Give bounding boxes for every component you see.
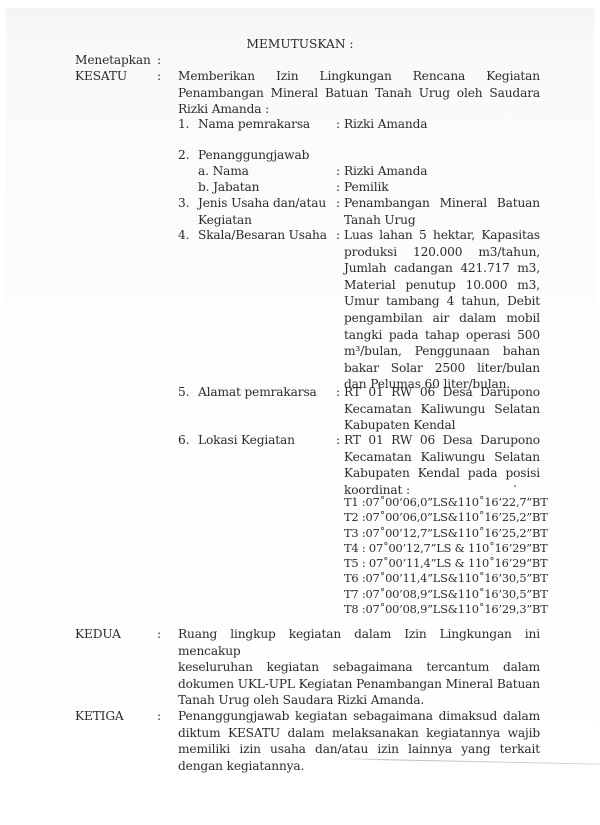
kesatu-colon: : <box>157 68 161 85</box>
item-value-line: m³/bulan, Penggunaan bahan <box>344 343 540 360</box>
item-value-line: RT 01 RW 06 Desa Darupono <box>344 432 540 449</box>
coordinate-point: T1 :07˚00’06,0”LS&110˚16’22,7”BT <box>344 495 548 510</box>
coordinate-point: T2 :07˚00’06,0”LS&110˚16’25,2”BT <box>344 510 548 525</box>
item-value-line: tangki pada tahap operasi 500 <box>344 327 540 344</box>
menetapkan-colon: : <box>157 52 161 69</box>
kedua-line: dokumen UKL-UPL Kegiatan Penambangan Min… <box>178 676 540 693</box>
item-number: 2. <box>178 147 189 164</box>
menetapkan-label: Menetapkan <box>75 52 151 69</box>
item-value-line: Kecamatan Kaliwungu Selatan <box>344 401 540 418</box>
kedua-text: Ruang lingkup kegiatan dalam Izin Lingku… <box>178 626 540 709</box>
item-value-line: Kabupaten Kendal pada posisi <box>344 465 540 482</box>
item-value-line: Tanah Urug <box>344 212 540 229</box>
item-value-line: Penambangan Mineral Batuan <box>344 195 540 212</box>
ketiga-colon: : <box>157 708 161 725</box>
kesatu-label: KESATU <box>75 68 127 85</box>
subitem-value: Rizki Amanda <box>344 163 540 180</box>
item-value: RT 01 RW 06 Desa DaruponoKecamatan Kaliw… <box>344 432 540 498</box>
subitem-value: Pemilik <box>344 179 540 196</box>
ketiga-line: memiliki izin usaha dan/atau izin lainny… <box>178 741 540 758</box>
kedua-line: Tanah Urug oleh Saudara Rizki Amanda. <box>178 692 540 709</box>
item-label: Lokasi Kegiatan <box>198 432 343 449</box>
item-value: Luas lahan 5 hektar, Kapasitasproduksi 1… <box>344 227 540 393</box>
kesatu-intro-line: Memberikan Izin Lingkungan Rencana Kegia… <box>178 68 540 85</box>
item-value-line: Luas lahan 5 hektar, Kapasitas <box>344 227 540 244</box>
ketiga-text: Penanggungjawab kegiatan sebagaimana dim… <box>178 708 540 774</box>
scan-speck <box>514 485 516 487</box>
item-label: Alamat pemrakarsa <box>198 384 343 401</box>
coordinate-point: T6 :07˚00’11,4”LS&110˚16’30,5”BT <box>344 571 548 586</box>
kedua-label: KEDUA <box>75 626 121 643</box>
item-value-line: Material penutup 10.000 m3, <box>344 277 540 294</box>
section-title: MEMUTUSKAN : <box>0 36 600 53</box>
kesatu-intro: Memberikan Izin Lingkungan Rencana Kegia… <box>178 68 540 118</box>
item-label-line: Kegiatan <box>198 212 343 229</box>
item-label: Jenis Usaha dan/atau Kegiatan <box>198 195 343 228</box>
item-number: 3. <box>178 195 189 212</box>
item-label: Penanggungjawab <box>198 147 343 164</box>
subitem-colon: : <box>336 179 340 196</box>
item-colon: : <box>336 227 340 244</box>
item-number: 1. <box>178 116 189 133</box>
kedua-line: keseluruhan kegiatan sebagaimana tercant… <box>178 659 540 676</box>
item-value-line: bakar Solar 2500 liter/bulan <box>344 360 540 377</box>
coordinate-point: T4 : 07˚00’12,7”LS & 110˚16’29”BT <box>344 541 548 556</box>
item-number: 4. <box>178 227 189 244</box>
subitem-colon: : <box>336 163 340 180</box>
item-value-line: produksi 120.000 m3/tahun, <box>344 244 540 261</box>
item-colon: : <box>336 116 340 133</box>
item-label: Nama pemrakarsa <box>198 116 343 133</box>
item-value-line: Kecamatan Kaliwungu Selatan <box>344 449 540 466</box>
subitem-label: a. Nama <box>198 163 343 180</box>
item-value-line: pengambilan air dalam mobil <box>344 310 540 327</box>
item-value-line: Jumlah cadangan 421.717 m3, <box>344 260 540 277</box>
coordinate-list: T1 :07˚00’06,0”LS&110˚16’22,7”BTT2 :07˚0… <box>344 495 548 617</box>
kedua-line: Ruang lingkup kegiatan dalam Izin Lingku… <box>178 626 540 659</box>
item-value: Penambangan Mineral Batuan Tanah Urug <box>344 195 540 228</box>
coordinate-point: T3 :07˚00’12,7”LS&110˚16’25,2”BT <box>344 526 548 541</box>
decree-document: MEMUTUSKAN : Menetapkan : KESATU : Membe… <box>0 0 600 825</box>
item-colon: : <box>336 432 340 449</box>
item-value-line: Umur tambang 4 tahun, Debit <box>344 293 540 310</box>
kesatu-intro-line: Penambangan Mineral Batuan Tanah Urug ol… <box>178 85 540 102</box>
kedua-colon: : <box>157 626 161 643</box>
item-number: 5. <box>178 384 189 401</box>
coordinate-point: T5 : 07˚00’11,4”LS & 110˚16’29”BT <box>344 556 548 571</box>
item-value: Rizki Amanda <box>344 116 540 133</box>
coordinate-point: T8 :07˚00’08,9”LS&110˚16’29,3”BT <box>344 602 548 617</box>
item-number: 6. <box>178 432 189 449</box>
item-colon: : <box>336 384 340 401</box>
ketiga-line: Penanggungjawab kegiatan sebagaimana dim… <box>178 708 540 725</box>
item-value: RT 01 RW 06 Desa DaruponoKecamatan Kaliw… <box>344 384 540 434</box>
coordinate-point: T7 :07˚00’08,9”LS&110˚16’30,5”BT <box>344 587 548 602</box>
item-label-line: Jenis Usaha dan/atau <box>198 195 343 212</box>
item-value-line: RT 01 RW 06 Desa Darupono <box>344 384 540 401</box>
ketiga-line: diktum KESATU dalam melaksanakan kegiata… <box>178 725 540 742</box>
item-colon: : <box>336 195 340 212</box>
ketiga-label: KETIGA <box>75 708 124 725</box>
subitem-label: b. Jabatan <box>198 179 343 196</box>
item-label: Skala/Besaran Usaha <box>198 227 343 244</box>
